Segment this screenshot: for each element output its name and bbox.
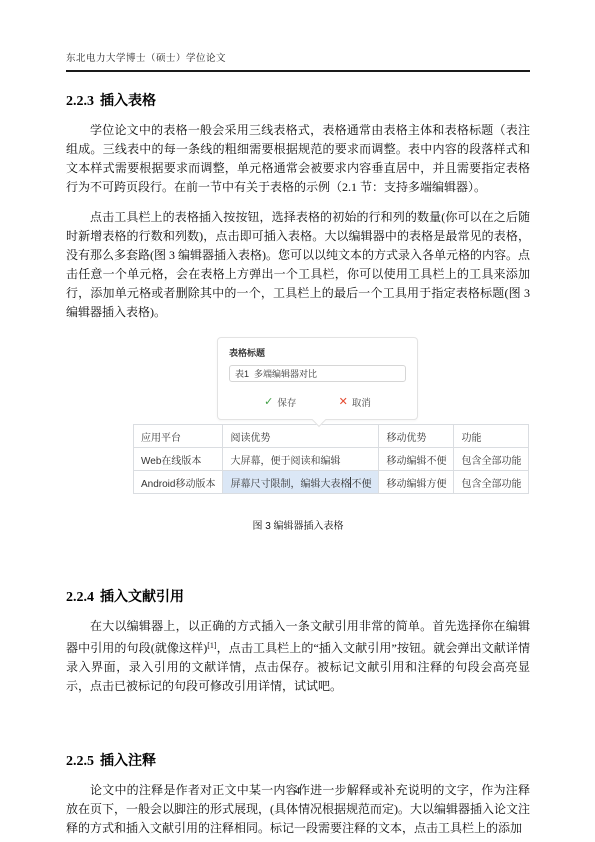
running-header-text: 东北电力大学博士（硕士）学位论文 bbox=[66, 54, 226, 64]
section-title: 插入文献引用 bbox=[100, 588, 184, 604]
section-heading-insert-table: 2.2.3插入表格 bbox=[66, 90, 530, 110]
popup-buttons: ✓ 保存 ✕ 取消 bbox=[229, 395, 406, 409]
table-cell[interactable]: 移动编辑不便 bbox=[379, 448, 454, 471]
table-cell[interactable]: 阅读优势 bbox=[223, 425, 379, 448]
figure-caption: 图 3 编辑器插入表格 bbox=[66, 517, 530, 532]
page-number: 4 bbox=[0, 786, 595, 797]
paragraph: 在大以编辑器上，以正确的方式插入一条文献引用非常的简单。首先选择你在编辑器中引用… bbox=[66, 617, 530, 696]
comparison-table: 应用平台 阅读优势 移动优势 功能 Web在线版本 大屏幕，便于阅读和编辑 移动… bbox=[133, 424, 529, 494]
table-cell[interactable]: Android移动版本 bbox=[134, 471, 223, 494]
table-cell[interactable]: 包含全部功能 bbox=[454, 448, 529, 471]
section-title: 插入表格 bbox=[100, 92, 156, 108]
table-cell[interactable]: 移动编辑方便 bbox=[379, 471, 454, 494]
table-cell-editing[interactable]: 屏幕尺寸限制，编辑大表格不便 bbox=[223, 471, 379, 494]
table-caption-popup: 表格标题 ✓ 保存 ✕ 取消 bbox=[217, 337, 418, 420]
section-heading-insert-footnote: 2.2.5插入注释 bbox=[66, 750, 530, 770]
figure-editor-screenshot: 表格标题 ✓ 保存 ✕ 取消 应用平台 bbox=[66, 337, 530, 532]
section-title: 插入注释 bbox=[100, 752, 156, 768]
table-row: Android移动版本 屏幕尺寸限制，编辑大表格不便 移动编辑方便 包含全部功能 bbox=[134, 471, 529, 494]
table-cell[interactable]: 大屏幕，便于阅读和编辑 bbox=[223, 448, 379, 471]
section-number: 2.2.5 bbox=[66, 754, 94, 769]
table-cell[interactable]: 功能 bbox=[454, 425, 529, 448]
cancel-button[interactable]: ✕ 取消 bbox=[339, 395, 371, 409]
table-cell[interactable]: Web在线版本 bbox=[134, 448, 223, 471]
section-number: 2.2.4 bbox=[66, 590, 94, 605]
citation-superscript: [1] bbox=[207, 641, 216, 650]
save-button[interactable]: ✓ 保存 bbox=[264, 395, 296, 409]
paragraph: 点击工具栏上的表格插入按按钮，选择表格的初始的行和列的数量(你可以在之后随时新增… bbox=[66, 208, 530, 322]
page-content: 东北电力大学博士（硕士）学位论文 2.2.3插入表格 学位论文中的表格一般会采用… bbox=[66, 0, 530, 838]
check-icon: ✓ bbox=[264, 397, 273, 408]
table-header-row: 应用平台 阅读优势 移动优势 功能 bbox=[134, 425, 529, 448]
x-icon: ✕ bbox=[339, 397, 348, 408]
paragraph: 学位论文中的表格一般会采用三线表格式，表格通常由表格主体和表格标题（表注组成。三… bbox=[66, 121, 530, 197]
section-number: 2.2.3 bbox=[66, 94, 94, 109]
table-cell[interactable]: 应用平台 bbox=[134, 425, 223, 448]
running-header: 东北电力大学博士（硕士）学位论文 bbox=[66, 50, 530, 72]
cancel-button-label: 取消 bbox=[352, 395, 371, 409]
save-button-label: 保存 bbox=[277, 395, 296, 409]
cell-text-before-caret: 屏幕尺寸限制，编辑大表格 bbox=[230, 479, 350, 490]
table-cell[interactable]: 移动优势 bbox=[379, 425, 454, 448]
section-heading-insert-citation: 2.2.4插入文献引用 bbox=[66, 586, 530, 606]
cell-text-after-caret: 不便 bbox=[351, 479, 371, 490]
popup-label: 表格标题 bbox=[229, 346, 406, 359]
table-cell[interactable]: 包含全部功能 bbox=[454, 471, 529, 494]
table-caption-input[interactable] bbox=[229, 365, 406, 382]
table-row: Web在线版本 大屏幕，便于阅读和编辑 移动编辑不便 包含全部功能 bbox=[134, 448, 529, 471]
thesis-page: 东北电力大学博士（硕士）学位论文 2.2.3插入表格 学位论文中的表格一般会采用… bbox=[0, 0, 595, 842]
